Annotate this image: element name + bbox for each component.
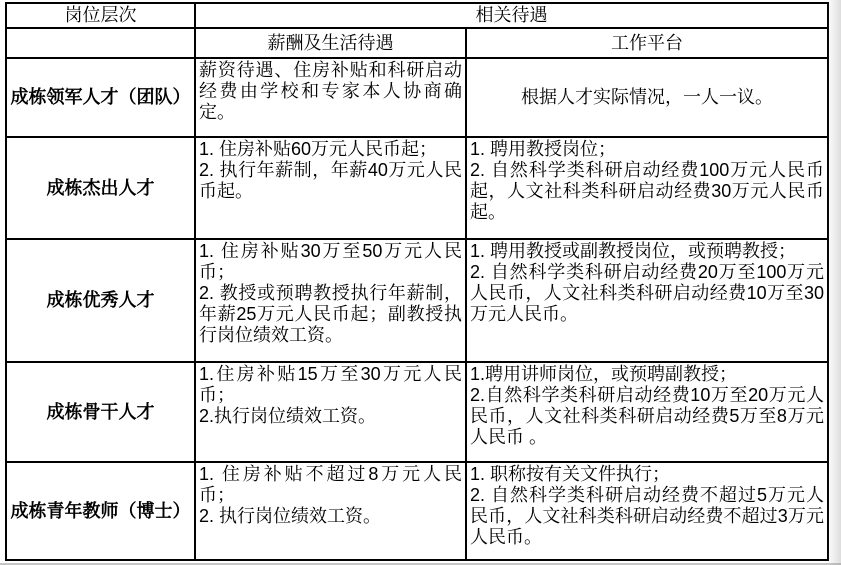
table-header-row-1: 岗位层次 相关待遇 [6,3,828,28]
platform-detail: 1. 聘用教授岗位； 2. 自然科学类科研启动经费100万元人民币起，人文社科类… [466,137,828,239]
table-row-outstanding-talent: 成栋杰出人才 1. 住房补贴60万元人民币起； 2. 执行年薪制，年薪40万元人… [6,137,828,239]
talent-benefits-table: 岗位层次 相关待遇 薪酬及生活待遇 工作平台 成栋领军人才（团队） 薪资待遇、住… [5,2,829,561]
position-name: 成栋领军人才（团队） [6,58,195,137]
platform-detail: 1. 聘用教授或副教授岗位，或预聘教授； 2. 自然科学类科研启动经费20万至1… [466,239,828,362]
salary-detail: 1. 住房补贴60万元人民币起； 2. 执行年薪制，年薪40万元人民币起。 [195,137,466,239]
header-empty-cell [6,28,195,58]
table-row-leading-talent: 成栋领军人才（团队） 薪资待遇、住房补贴和科研启动经费由学校和专家本人协商确定。… [6,58,828,137]
header-related-benefits: 相关待遇 [195,3,828,28]
header-work-platform: 工作平台 [466,28,828,58]
document-page: 岗位层次 相关待遇 薪酬及生活待遇 工作平台 成栋领军人才（团队） 薪资待遇、住… [0,0,841,565]
platform-detail: 1. 职称按有关文件执行； 2. 自然科学类科研启动经费不超过5万元人民币，人文… [466,462,828,560]
table-row-young-teacher: 成栋青年教师（博士） 1. 住房补贴不超过8万元人民币； 2. 执行岗位绩效工资… [6,462,828,560]
salary-detail: 薪资待遇、住房补贴和科研启动经费由学校和专家本人协商确定。 [195,58,466,137]
salary-detail: 1. 住房补贴不超过8万元人民币； 2. 执行岗位绩效工资。 [195,462,466,560]
platform-detail: 1.聘用讲师岗位，或预聘副教授； 2.自然科学类科研启动经费10万至20万元人民… [466,362,828,462]
header-position-level: 岗位层次 [6,3,195,28]
salary-detail: 1. 住房补贴30万至50万元人民币； 2. 教授或预聘教授执行年薪制，年薪25… [195,239,466,362]
page-right-shadow [827,0,841,565]
header-salary-living: 薪酬及生活待遇 [195,28,466,58]
position-name: 成栋优秀人才 [6,239,195,362]
position-name: 成栋杰出人才 [6,137,195,239]
position-name: 成栋青年教师（博士） [6,462,195,560]
table-row-excellent-talent: 成栋优秀人才 1. 住房补贴30万至50万元人民币； 2. 教授或预聘教授执行年… [6,239,828,362]
platform-detail: 根据人才实际情况，一人一议。 [466,58,828,137]
table-row-backbone-talent: 成栋骨干人才 1.住房补贴15万至30万元人民币； 2.执行岗位绩效工资。 1.… [6,362,828,462]
position-name: 成栋骨干人才 [6,362,195,462]
salary-detail: 1.住房补贴15万至30万元人民币； 2.执行岗位绩效工资。 [195,362,466,462]
table-header-row-2: 薪酬及生活待遇 工作平台 [6,28,828,58]
